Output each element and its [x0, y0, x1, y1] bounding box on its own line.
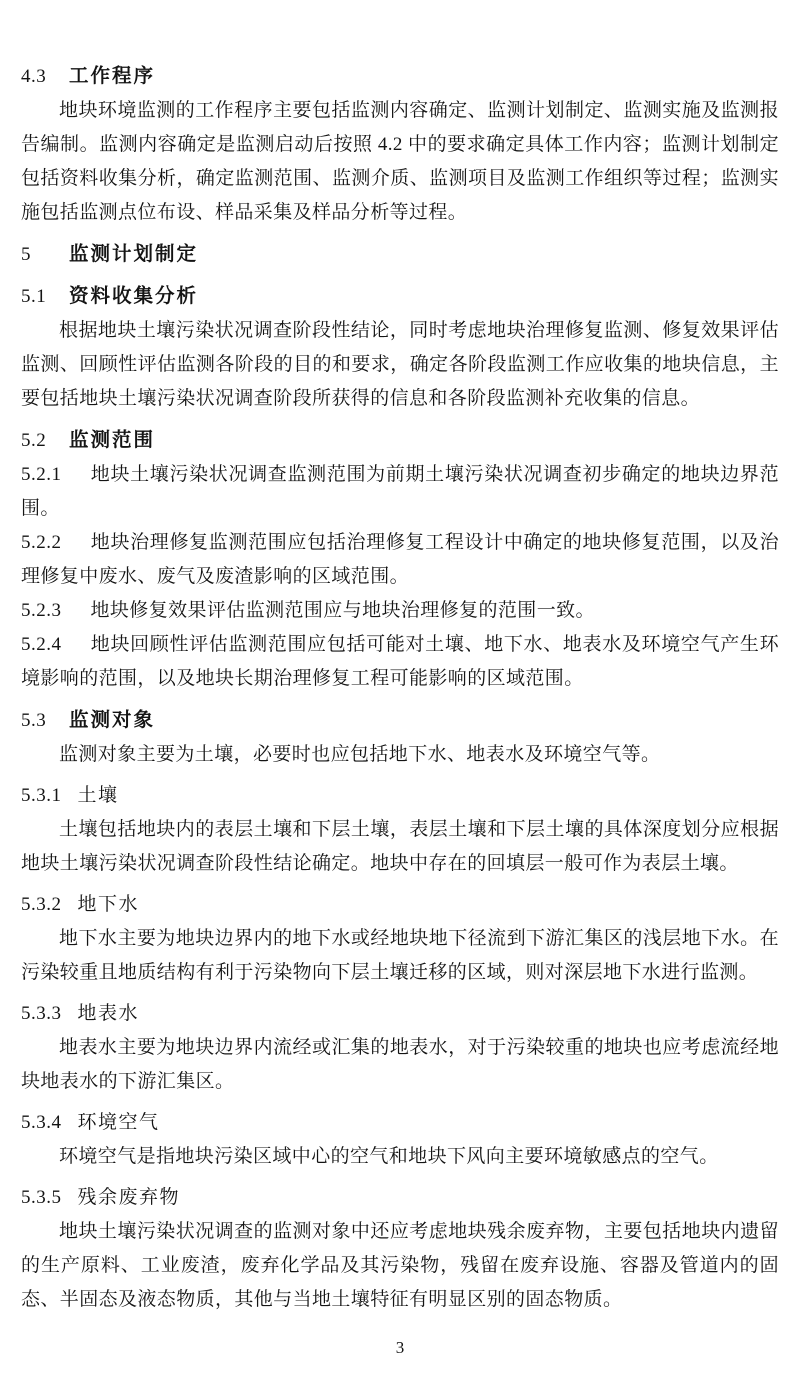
body-paragraph: 地块环境监测的工作程序主要包括监测内容确定、监测计划制定、监测实施及监测报告编制… [21, 94, 779, 230]
section-heading-5.2: 5.2监测范围 [21, 423, 779, 458]
section-title: 地下水 [78, 894, 140, 915]
section-number: 5.2 [21, 424, 53, 458]
clause-number: 5.2.3 [21, 600, 62, 621]
section-number: 5.3.4 [21, 1106, 62, 1140]
section-number: 5.3 [21, 704, 53, 738]
section-number: 5.3.1 [21, 779, 62, 813]
body-paragraph: 环境空气是指地块污染区域中心的空气和地块下风向主要环境敏感点的空气。 [21, 1140, 779, 1174]
clause-number: 5.2.1 [21, 464, 62, 485]
section-heading-4.3: 4.3工作程序 [21, 59, 779, 94]
section-title: 环境空气 [78, 1112, 160, 1133]
section-heading-5.3.5: 5.3.5残余废弃物 [21, 1181, 779, 1215]
section-number: 5.3.5 [21, 1181, 62, 1215]
section-number: 5.1 [21, 280, 53, 314]
clause-5.2.4: 5.2.4地块回顾性评估监测范围应包括可能对土壤、地下水、地表水及环境空气产生环… [21, 628, 779, 696]
body-paragraph: 监测对象主要为土壤，必要时也应包括地下水、地表水及环境空气等。 [21, 738, 779, 772]
clause-5.2.2: 5.2.2地块治理修复监测范围应包括治理修复工程设计中确定的地块修复范围，以及治… [21, 526, 779, 594]
section-title: 监测对象 [69, 709, 155, 731]
clause-text: 地块土壤污染状况调查监测范围为前期土壤污染状况调查初步确定的地块边界范围。 [21, 464, 779, 519]
section-number: 5.3.3 [21, 997, 62, 1031]
clause-number: 5.2.2 [21, 532, 62, 553]
section-number: 4.3 [21, 60, 53, 94]
body-paragraph: 地块土壤污染状况调查的监测对象中还应考虑地块残余废弃物，主要包括地块内遗留的生产… [21, 1215, 779, 1317]
page-footer: 3 [0, 1338, 800, 1358]
section-heading-5.1: 5.1资料收集分析 [21, 279, 779, 314]
body-paragraph: 地表水主要为地块边界内流经或汇集的地表水，对于污染较重的地块也应考虑流经地块地表… [21, 1031, 779, 1099]
section-number: 5.3.2 [21, 888, 62, 922]
section-number: 5 [21, 238, 53, 272]
body-paragraph: 根据地块土壤污染状况调查阶段性结论，同时考虑地块治理修复监测、修复效果评估监测、… [21, 314, 779, 416]
document-page: 4.3工作程序地块环境监测的工作程序主要包括监测内容确定、监测计划制定、监测实施… [0, 0, 800, 1377]
section-heading-5.3.2: 5.3.2地下水 [21, 888, 779, 922]
section-heading-5.3.3: 5.3.3地表水 [21, 997, 779, 1031]
section-title: 监测计划制定 [69, 243, 198, 265]
clause-5.2.3: 5.2.3地块修复效果评估监测范围应与地块治理修复的范围一致。 [21, 594, 779, 628]
section-heading-5.3.1: 5.3.1土壤 [21, 779, 779, 813]
clause-number: 5.2.4 [21, 634, 62, 655]
body-paragraph: 土壤包括地块内的表层土壤和下层土壤，表层土壤和下层土壤的具体深度划分应根据地块土… [21, 813, 779, 881]
section-heading-5: 5监测计划制定 [21, 237, 779, 272]
page-number: 3 [396, 1338, 405, 1357]
clause-5.2.1: 5.2.1地块土壤污染状况调查监测范围为前期土壤污染状况调查初步确定的地块边界范… [21, 458, 779, 526]
section-title: 残余废弃物 [78, 1187, 181, 1208]
section-title: 工作程序 [69, 65, 155, 87]
section-heading-5.3: 5.3监测对象 [21, 703, 779, 738]
section-title: 土壤 [78, 785, 119, 806]
clause-text: 地块回顾性评估监测范围应包括可能对土壤、地下水、地表水及环境空气产生环境影响的范… [21, 634, 779, 689]
body-paragraph: 地下水主要为地块边界内的地下水或经地块地下径流到下游汇集区的浅层地下水。在污染较… [21, 922, 779, 990]
section-title: 地表水 [78, 1003, 140, 1024]
section-title: 监测范围 [69, 429, 155, 451]
clause-text: 地块修复效果评估监测范围应与地块治理修复的范围一致。 [91, 600, 595, 621]
section-title: 资料收集分析 [69, 285, 198, 307]
clause-text: 地块治理修复监测范围应包括治理修复工程设计中确定的地块修复范围，以及治理修复中废… [21, 532, 779, 587]
document-body: 4.3工作程序地块环境监测的工作程序主要包括监测内容确定、监测计划制定、监测实施… [21, 59, 779, 1317]
section-heading-5.3.4: 5.3.4环境空气 [21, 1106, 779, 1140]
